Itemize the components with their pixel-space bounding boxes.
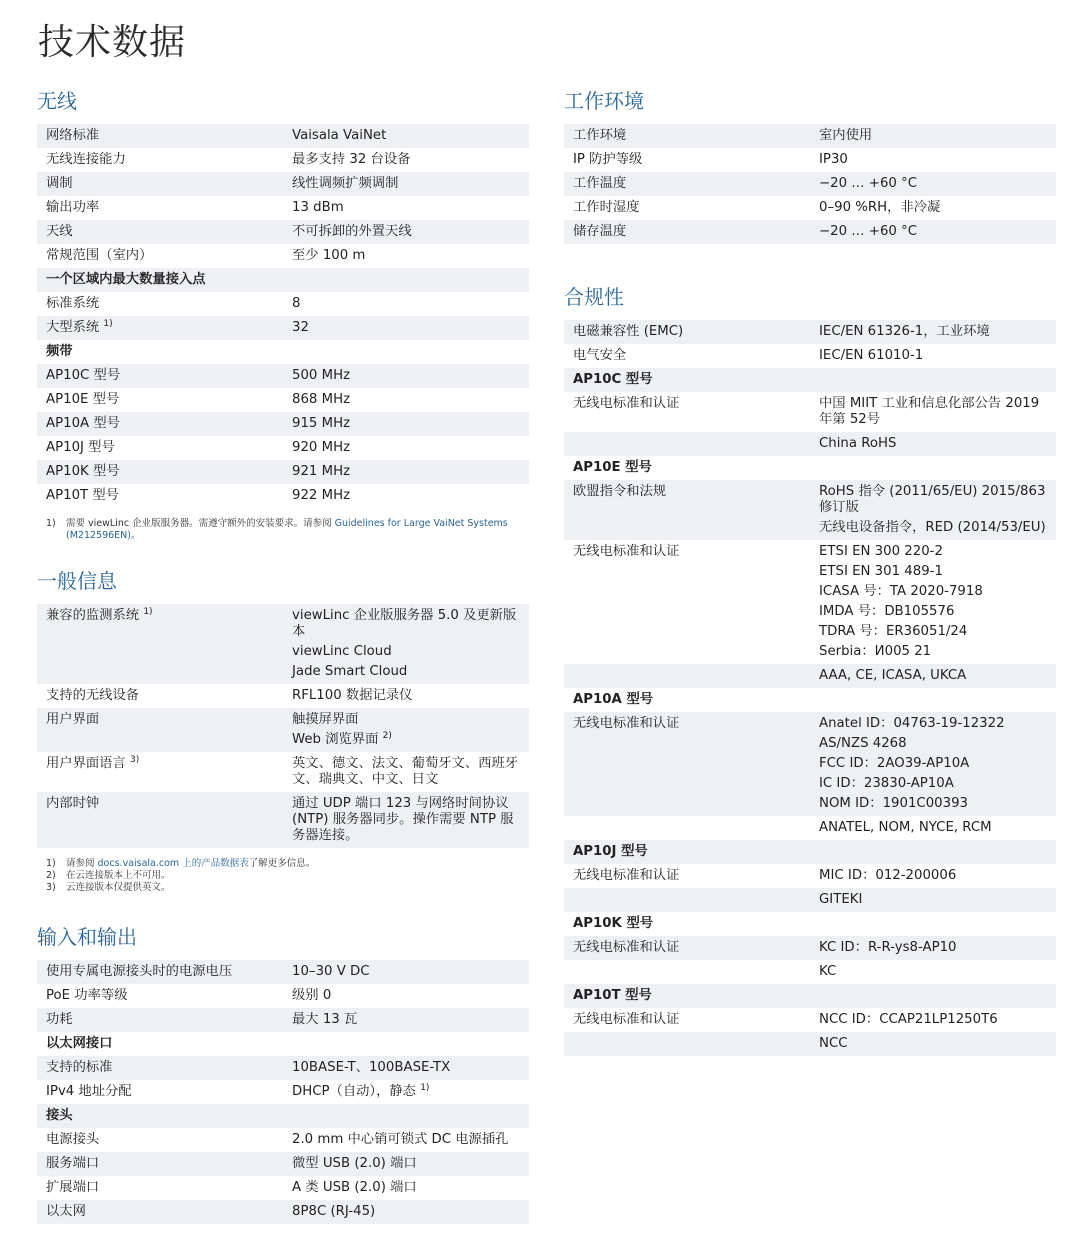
spec-key-label: 工作温度 [573,176,626,191]
spec-key: 内部时钟 [37,792,283,848]
spec-value-line: China RoHS [819,436,896,451]
spec-key: AP10C 型号 [37,364,283,388]
spec-value-line: IEC/EN 61326-1，工业环境 [819,324,990,339]
spec-value-line: ETSI EN 301 489-1 [819,564,943,579]
spec-key-label: 大型系统 [46,320,99,335]
spec-value: 8 [283,292,529,316]
spec-key-label: 内部时钟 [46,796,99,811]
group-header-row: AP10K 型号 [564,912,1056,936]
table-row: 电源接头2.0 mm 中心销可锁式 DC 电源插孔 [37,1128,529,1152]
spec-value: −20 … +60 °C [810,220,1056,244]
spec-value-line: Anatel ID：04763-19-12322 [819,716,1005,731]
footnote-ref: 3) [130,755,139,765]
table-row: AP10T 型号922 MHz [37,484,529,508]
spec-key: AP10C 型号 [564,368,1056,392]
spec-key-label: 欧盟指令和法规 [573,484,666,499]
section-title-compliance: 合规性 [564,282,1056,320]
spec-key-label: 用户界面语言 [46,756,126,771]
spec-key: 以太网接口 [37,1032,529,1056]
spec-key-label: 兼容的监测系统 [46,608,139,623]
spec-value: 线性调频扩频调制 [283,172,529,196]
table-row: AP10K 型号921 MHz [37,460,529,484]
spec-key-label: IPv4 地址分配 [46,1084,132,1099]
spec-key-label: AP10A 型号 [46,416,120,431]
table-row: 兼容的监测系统 1)viewLinc 企业版服务器 5.0 及更新版本viewL… [37,604,529,684]
table-row: 电磁兼容性 (EMC)IEC/EN 61326-1，工业环境 [564,320,1056,344]
table-row: 大型系统 1)32 [37,316,529,340]
spec-value-line: 921 MHz [292,464,350,479]
spec-key: 储存温度 [564,220,810,244]
spec-value-line: 微型 USB (2.0) 端口 [292,1156,417,1171]
spec-value-line: MIC ID：012-200006 [819,868,956,883]
page-title: 技术数据 [38,14,186,65]
footnote-number: 1) [46,518,66,542]
footnote-text-part: 需要 viewLinc 企业版服务器。需遵守额外的安装要求。请参阅 [66,518,335,529]
spec-value-line: 500 MHz [292,368,350,383]
footnote-text-part: 。 [131,530,141,541]
table-row: 使用专属电源接头时的电源电压10–30 V DC [37,960,529,984]
group-header-row: 一个区域内最大数量接入点 [37,268,529,292]
spec-table-environment: 工作环境室内使用IP 防护等级IP30工作温度−20 … +60 °C工作时湿度… [564,124,1056,244]
spec-key-label: AP10T 型号 [46,488,119,503]
footnote-link[interactable]: docs.vaisala.com 上的产品数据表 [98,858,249,869]
spec-key: 工作环境 [564,124,810,148]
spec-key: 扩展端口 [37,1176,283,1200]
spec-key [564,1032,810,1056]
spec-key: 电气安全 [564,344,810,368]
section-general: 一般信息 兼容的监测系统 1)viewLinc 企业版服务器 5.0 及更新版本… [37,566,529,894]
footnote-text-part: 云连接版本仅提供英文。 [66,882,171,893]
spec-value: 最多支持 32 台设备 [283,148,529,172]
spec-key: 工作时湿度 [564,196,810,220]
spec-key-label: AP10E 型号 [573,460,652,475]
spec-key-label: 工作环境 [573,128,626,143]
spec-key: 无线电标准和认证 [564,540,810,664]
footnote-ref: 2) [383,731,392,741]
spec-value-line: AS/NZS 4268 [819,736,907,751]
footnote-text: 需要 viewLinc 企业版服务器。需遵守额外的安装要求。请参阅 Guidel… [66,518,529,542]
spec-value-line: 最多支持 32 台设备 [292,152,410,167]
spec-value: China RoHS [810,432,1056,456]
spec-value: KC [810,960,1056,984]
spec-key: 无线连接能力 [37,148,283,172]
table-row: NCC [564,1032,1056,1056]
spec-value-line: RFL100 数据记录仪 [292,688,412,703]
footnote-number: 2) [46,870,66,882]
spec-value: 室内使用 [810,124,1056,148]
spec-key: 电磁兼容性 (EMC) [564,320,810,344]
spec-key-label: 天线 [46,224,73,239]
spec-key-label: AP10C 型号 [573,372,653,387]
spec-key-label: AP10J 型号 [573,844,648,859]
spec-key-label: 常规范围（室内） [46,248,152,263]
spec-value-line: 不可拆卸的外置天线 [292,224,412,239]
spec-value-line: GITEKI [819,892,862,907]
spec-value: KC ID：R-R-ys8-AP10 [810,936,1056,960]
table-row: 调制线性调频扩频调制 [37,172,529,196]
group-header-row: AP10C 型号 [564,368,1056,392]
table-row: GITEKI [564,888,1056,912]
spec-key-label: 服务端口 [46,1156,99,1171]
table-row: 服务端口微型 USB (2.0) 端口 [37,1152,529,1176]
spec-key: 输出功率 [37,196,283,220]
table-row: China RoHS [564,432,1056,456]
table-row: AP10A 型号915 MHz [37,412,529,436]
spec-key-label: AP10K 型号 [46,464,120,479]
spec-key: 工作温度 [564,172,810,196]
footnote-text-part: 请参阅 [66,858,98,869]
spec-key: AP10J 型号 [564,840,1056,864]
spec-value-line: ANATEL, NOM, NYCE, RCM [819,820,992,835]
table-row: 扩展端口A 类 USB (2.0) 端口 [37,1176,529,1200]
spec-key: 欧盟指令和法规 [564,480,810,540]
spec-key: 用户界面语言 3) [37,752,283,792]
spec-key: 无线电标准和认证 [564,1008,810,1032]
table-row: 储存温度−20 … +60 °C [564,220,1056,244]
spec-key: 使用专属电源接头时的电源电压 [37,960,283,984]
spec-value-line: KC [819,964,836,979]
spec-table-general: 兼容的监测系统 1)viewLinc 企业版服务器 5.0 及更新版本viewL… [37,604,529,848]
spec-value-line: 8P8C (RJ-45) [292,1204,375,1219]
spec-value-line: ICASA 号：TA 2020-7918 [819,584,983,599]
footnote-ref: 1) [143,607,152,617]
spec-key: 功耗 [37,1008,283,1032]
spec-value-line: 2.0 mm 中心销可锁式 DC 电源插孔 [292,1132,508,1147]
spec-key: IPv4 地址分配 [37,1080,283,1104]
spec-value-line: −20 … +60 °C [819,224,917,239]
spec-key [564,816,810,840]
spec-key-label: 功耗 [46,1012,73,1027]
section-compliance: 合规性 电磁兼容性 (EMC)IEC/EN 61326-1，工业环境电气安全IE… [564,282,1056,1056]
spec-value-line: 922 MHz [292,488,350,503]
spec-value-line: 通过 UDP 端口 123 与网络时间协议 (NTP) 服务器同步。操作需要 N… [292,796,514,843]
section-environment: 工作环境 工作环境室内使用IP 防护等级IP30工作温度−20 … +60 °C… [564,86,1056,244]
spec-key: 兼容的监测系统 1) [37,604,283,684]
spec-key-label: 储存温度 [573,224,626,239]
spec-value-line: IMDA 号：DB105576 [819,604,954,619]
group-header-row: 以太网接口 [37,1032,529,1056]
spec-value: 500 MHz [283,364,529,388]
table-row: 支持的无线设备RFL100 数据记录仪 [37,684,529,708]
footnote-number: 1) [46,858,66,870]
footnote: 3)云连接版本仅提供英文。 [46,882,529,894]
table-row: 标准系统8 [37,292,529,316]
table-row: 以太网8P8C (RJ-45) [37,1200,529,1224]
spec-value-line: KC ID：R-R-ys8-AP10 [819,940,957,955]
spec-value-line: viewLinc Cloud [292,644,392,659]
spec-value: Anatel ID：04763-19-12322AS/NZS 4268FCC I… [810,712,1056,816]
spec-value: NCC ID：CCAP21LP1250T6 [810,1008,1056,1032]
table-row: 功耗最大 13 瓦 [37,1008,529,1032]
spec-key: 常规范围（室内） [37,244,283,268]
table-row: 无线连接能力最多支持 32 台设备 [37,148,529,172]
spec-key-label: AP10T 型号 [573,988,652,1003]
spec-key-label: IP 防护等级 [573,152,642,167]
table-row: IP 防护等级IP30 [564,148,1056,172]
spec-value: 922 MHz [283,484,529,508]
spec-key-label: 电源接头 [46,1132,99,1147]
spec-key-label: 电磁兼容性 (EMC) [573,324,683,339]
footnote: 1)需要 viewLinc 企业版服务器。需遵守额外的安装要求。请参阅 Guid… [46,518,529,542]
spec-key: 无线电标准和认证 [564,936,810,960]
spec-value: 10–30 V DC [283,960,529,984]
spec-value-line: DHCP（自动），静态 [292,1084,416,1099]
spec-value-line: 级别 0 [292,988,331,1003]
footnote: 1)请参阅 docs.vaisala.com 上的产品数据表了解更多信息。 [46,858,529,870]
group-header-row: AP10A 型号 [564,688,1056,712]
spec-key: IP 防护等级 [564,148,810,172]
spec-value: 通过 UDP 端口 123 与网络时间协议 (NTP) 服务器同步。操作需要 N… [283,792,529,848]
spec-key [564,888,810,912]
spec-value: 级别 0 [283,984,529,1008]
table-row: 内部时钟通过 UDP 端口 123 与网络时间协议 (NTP) 服务器同步。操作… [37,792,529,848]
table-row: 无线电标准和认证MIC ID：012-200006 [564,864,1056,888]
group-header-row: 接头 [37,1104,529,1128]
spec-value-line: 920 MHz [292,440,350,455]
footnote-text-part: 在云连接版本上不可用。 [66,870,171,881]
spec-key-label: AP10A 型号 [573,692,653,707]
spec-value: 中国 MIIT 工业和信息化部公告 2019 年第 52号 [810,392,1056,432]
table-row: 无线电标准和认证中国 MIIT 工业和信息化部公告 2019 年第 52号 [564,392,1056,432]
footnote-ref: 1) [103,319,112,329]
group-header-row: AP10E 型号 [564,456,1056,480]
spec-key-label: 无线电标准和认证 [573,544,679,559]
spec-value-line: 32 [292,320,309,335]
spec-value: 不可拆卸的外置天线 [283,220,529,244]
spec-key: 网络标准 [37,124,283,148]
table-row: 工作环境室内使用 [564,124,1056,148]
spec-value: 至少 100 m [283,244,529,268]
table-row: 欧盟指令和法规RoHS 指令 (2011/65/EU) 2015/863 修订版… [564,480,1056,540]
spec-value-line: NCC ID：CCAP21LP1250T6 [819,1012,998,1027]
spec-key: 调制 [37,172,283,196]
footnotes-wireless: 1)需要 viewLinc 企业版服务器。需遵守额外的安装要求。请参阅 Guid… [37,518,529,542]
spec-value-line: 室内使用 [819,128,872,143]
table-row: 工作温度−20 … +60 °C [564,172,1056,196]
spec-key: AP10A 型号 [564,688,1056,712]
spec-value: 13 dBm [283,196,529,220]
spec-value: MIC ID：012-200006 [810,864,1056,888]
spec-value: GITEKI [810,888,1056,912]
spec-key: 无线电标准和认证 [564,712,810,816]
spec-value: IEC/EN 61010-1 [810,344,1056,368]
footnote-text: 请参阅 docs.vaisala.com 上的产品数据表了解更多信息。 [66,858,315,870]
spec-value-line: 线性调频扩频调制 [292,176,398,191]
spec-value: RFL100 数据记录仪 [283,684,529,708]
spec-value: 最大 13 瓦 [283,1008,529,1032]
footnote-text: 云连接版本仅提供英文。 [66,882,171,894]
left-column: 无线 网络标准Vaisala VaiNet无线连接能力最多支持 32 台设备调制… [37,86,529,1224]
spec-value-line: FCC ID：2AO39-AP10A [819,756,969,771]
spec-key-label: 频带 [46,344,73,359]
spec-key: 用户界面 [37,708,283,752]
spec-value-line: ETSI EN 300 220-2 [819,544,943,559]
spec-value-line: IP30 [819,152,848,167]
spec-key-label: 工作时湿度 [573,200,639,215]
spec-key: 无线电标准和认证 [564,864,810,888]
spec-key-label: PoE 功率等级 [46,988,128,1003]
table-row: 用户界面语言 3)英文、德文、法文、葡萄牙文、西班牙文、瑞典文、中文、日文 [37,752,529,792]
spec-key [564,664,810,688]
table-row: 用户界面触摸屏界面Web 浏览界面 2) [37,708,529,752]
section-io: 输入和输出 使用专属电源接头时的电源电压10–30 V DCPoE 功率等级级别… [37,922,529,1224]
spec-key: AP10T 型号 [37,484,283,508]
table-row: AP10C 型号500 MHz [37,364,529,388]
table-row: 无线电标准和认证Anatel ID：04763-19-12322AS/NZS 4… [564,712,1056,816]
spec-value: 8P8C (RJ-45) [283,1200,529,1224]
spec-value: 32 [283,316,529,340]
spec-key-label: 使用专属电源接头时的电源电压 [46,964,232,979]
table-row: 电气安全IEC/EN 61010-1 [564,344,1056,368]
spec-key: 支持的无线设备 [37,684,283,708]
spec-value: viewLinc 企业版服务器 5.0 及更新版本viewLinc CloudJ… [283,604,529,684]
spec-key-label: 支持的标准 [46,1060,112,1075]
spec-key-label: 调制 [46,176,73,191]
spec-value: 微型 USB (2.0) 端口 [283,1152,529,1176]
spec-value: 2.0 mm 中心销可锁式 DC 电源插孔 [283,1128,529,1152]
footnote-number: 3) [46,882,66,894]
spec-key-label: 用户界面 [46,712,99,727]
spec-value-line: Serbia：И005 21 [819,644,931,659]
spec-key: AP10K 型号 [37,460,283,484]
table-row: KC [564,960,1056,984]
spec-value-line: 最大 13 瓦 [292,1012,357,1027]
spec-key: AP10E 型号 [564,456,1056,480]
spec-key-label: 无线电标准和认证 [573,1012,679,1027]
spec-value-line: 触摸屏界面 [292,712,358,727]
spec-key-label: AP10C 型号 [46,368,120,383]
spec-key [564,432,810,456]
spec-key [564,960,810,984]
spec-value: A 类 USB (2.0) 端口 [283,1176,529,1200]
spec-value-line: IEC/EN 61010-1 [819,348,923,363]
spec-value: ANATEL, NOM, NYCE, RCM [810,816,1056,840]
spec-value-line: 0–90 %RH，非冷凝 [819,200,940,215]
section-title-wireless: 无线 [37,86,529,124]
spec-key-label: 无线电标准和认证 [573,396,679,411]
section-title-environment: 工作环境 [564,86,1056,124]
table-row: 无线电标准和认证NCC ID：CCAP21LP1250T6 [564,1008,1056,1032]
group-header-row: 频带 [37,340,529,364]
spec-value: 915 MHz [283,412,529,436]
spec-value-line: RoHS 指令 (2011/65/EU) 2015/863 修订版 [819,484,1045,515]
spec-value-line: 英文、德文、法文、葡萄牙文、西班牙文、瑞典文、中文、日文 [292,756,518,787]
table-row: AP10J 型号920 MHz [37,436,529,460]
table-row: 无线电标准和认证ETSI EN 300 220-2ETSI EN 301 489… [564,540,1056,664]
spec-key-label: AP10J 型号 [46,440,115,455]
right-column: 工作环境 工作环境室内使用IP 防护等级IP30工作温度−20 … +60 °C… [564,86,1056,1056]
spec-key-label: 一个区域内最大数量接入点 [46,272,206,287]
spec-value: 921 MHz [283,460,529,484]
spec-key-label: 网络标准 [46,128,99,143]
table-row: 无线电标准和认证KC ID：R-R-ys8-AP10 [564,936,1056,960]
table-row: 支持的标准10BASE-T、100BASE-TX [37,1056,529,1080]
spec-table-wireless: 网络标准Vaisala VaiNet无线连接能力最多支持 32 台设备调制线性调… [37,124,529,508]
spec-key: 电源接头 [37,1128,283,1152]
spec-key-label: 以太网接口 [46,1036,112,1051]
spec-key: 接头 [37,1104,529,1128]
spec-key: 服务端口 [37,1152,283,1176]
spec-value-line: 868 MHz [292,392,350,407]
footnote-ref: 1) [420,1083,429,1093]
table-row: 工作时湿度0–90 %RH，非冷凝 [564,196,1056,220]
spec-key: 支持的标准 [37,1056,283,1080]
spec-value-line: NOM ID：1901C00393 [819,796,968,811]
spec-value: ETSI EN 300 220-2ETSI EN 301 489-1ICASA … [810,540,1056,664]
spec-value-line: IC ID：23830-AP10A [819,776,954,791]
footnote-text-part: 了解更多信息。 [249,858,316,869]
spec-key-label: 以太网 [46,1204,86,1219]
spec-value-line: viewLinc 企业版服务器 5.0 及更新版本 [292,608,516,639]
table-row: 天线不可拆卸的外置天线 [37,220,529,244]
spec-value: NCC [810,1032,1056,1056]
spec-value-line: 13 dBm [292,200,344,215]
spec-value-line: −20 … +60 °C [819,176,917,191]
table-row: PoE 功率等级级别 0 [37,984,529,1008]
spec-key-label: 扩展端口 [46,1180,99,1195]
spec-key-label: 支持的无线设备 [46,688,139,703]
spec-value: −20 … +60 °C [810,172,1056,196]
section-title-io: 输入和输出 [37,922,529,960]
table-row: 输出功率13 dBm [37,196,529,220]
spec-key: 天线 [37,220,283,244]
spec-value: 英文、德文、法文、葡萄牙文、西班牙文、瑞典文、中文、日文 [283,752,529,792]
spec-table-io: 使用专属电源接头时的电源电压10–30 V DCPoE 功率等级级别 0功耗最大… [37,960,529,1224]
spec-value-line: Jade Smart Cloud [292,664,407,679]
spec-value-line: A 类 USB (2.0) 端口 [292,1180,417,1195]
table-row: 常规范围（室内）至少 100 m [37,244,529,268]
table-row: 网络标准Vaisala VaiNet [37,124,529,148]
spec-value-line: 中国 MIIT 工业和信息化部公告 2019 年第 52号 [819,396,1039,427]
spec-key: AP10E 型号 [37,388,283,412]
spec-key-label: 电气安全 [573,348,626,363]
spec-value-line: 无线电设备指令，RED (2014/53/EU) [819,520,1046,535]
spec-key: AP10K 型号 [564,912,1056,936]
spec-value: IP30 [810,148,1056,172]
footnotes-general: 1)请参阅 docs.vaisala.com 上的产品数据表了解更多信息。2)在… [37,858,529,894]
table-row: IPv4 地址分配DHCP（自动），静态 1) [37,1080,529,1104]
spec-value: IEC/EN 61326-1，工业环境 [810,320,1056,344]
table-row: ANATEL, NOM, NYCE, RCM [564,816,1056,840]
group-header-row: AP10T 型号 [564,984,1056,1008]
spec-key-label: 接头 [46,1108,73,1123]
spec-key-label: 无线连接能力 [46,152,126,167]
spec-key-label: 输出功率 [46,200,99,215]
spec-value-line: Web 浏览界面 [292,732,378,747]
spec-value: RoHS 指令 (2011/65/EU) 2015/863 修订版无线电设备指令… [810,480,1056,540]
spec-key: PoE 功率等级 [37,984,283,1008]
footnote: 2)在云连接版本上不可用。 [46,870,529,882]
spec-table-compliance: 电磁兼容性 (EMC)IEC/EN 61326-1，工业环境电气安全IEC/EN… [564,320,1056,1056]
spec-key: AP10A 型号 [37,412,283,436]
spec-key: 无线电标准和认证 [564,392,810,432]
spec-value-line: 10–30 V DC [292,964,370,979]
spec-key: 标准系统 [37,292,283,316]
spec-key: AP10J 型号 [37,436,283,460]
spec-key-label: 无线电标准和认证 [573,716,679,731]
spec-value-line: AAA, CE, ICASA, UKCA [819,668,966,683]
table-row: AAA, CE, ICASA, UKCA [564,664,1056,688]
spec-value-line: 8 [292,296,300,311]
spec-value: Vaisala VaiNet [283,124,529,148]
table-row: AP10E 型号868 MHz [37,388,529,412]
spec-key: 大型系统 1) [37,316,283,340]
spec-value: 920 MHz [283,436,529,460]
group-header-row: AP10J 型号 [564,840,1056,864]
spec-key-label: AP10K 型号 [573,916,653,931]
spec-key-label: 无线电标准和认证 [573,940,679,955]
spec-key: 一个区域内最大数量接入点 [37,268,529,292]
